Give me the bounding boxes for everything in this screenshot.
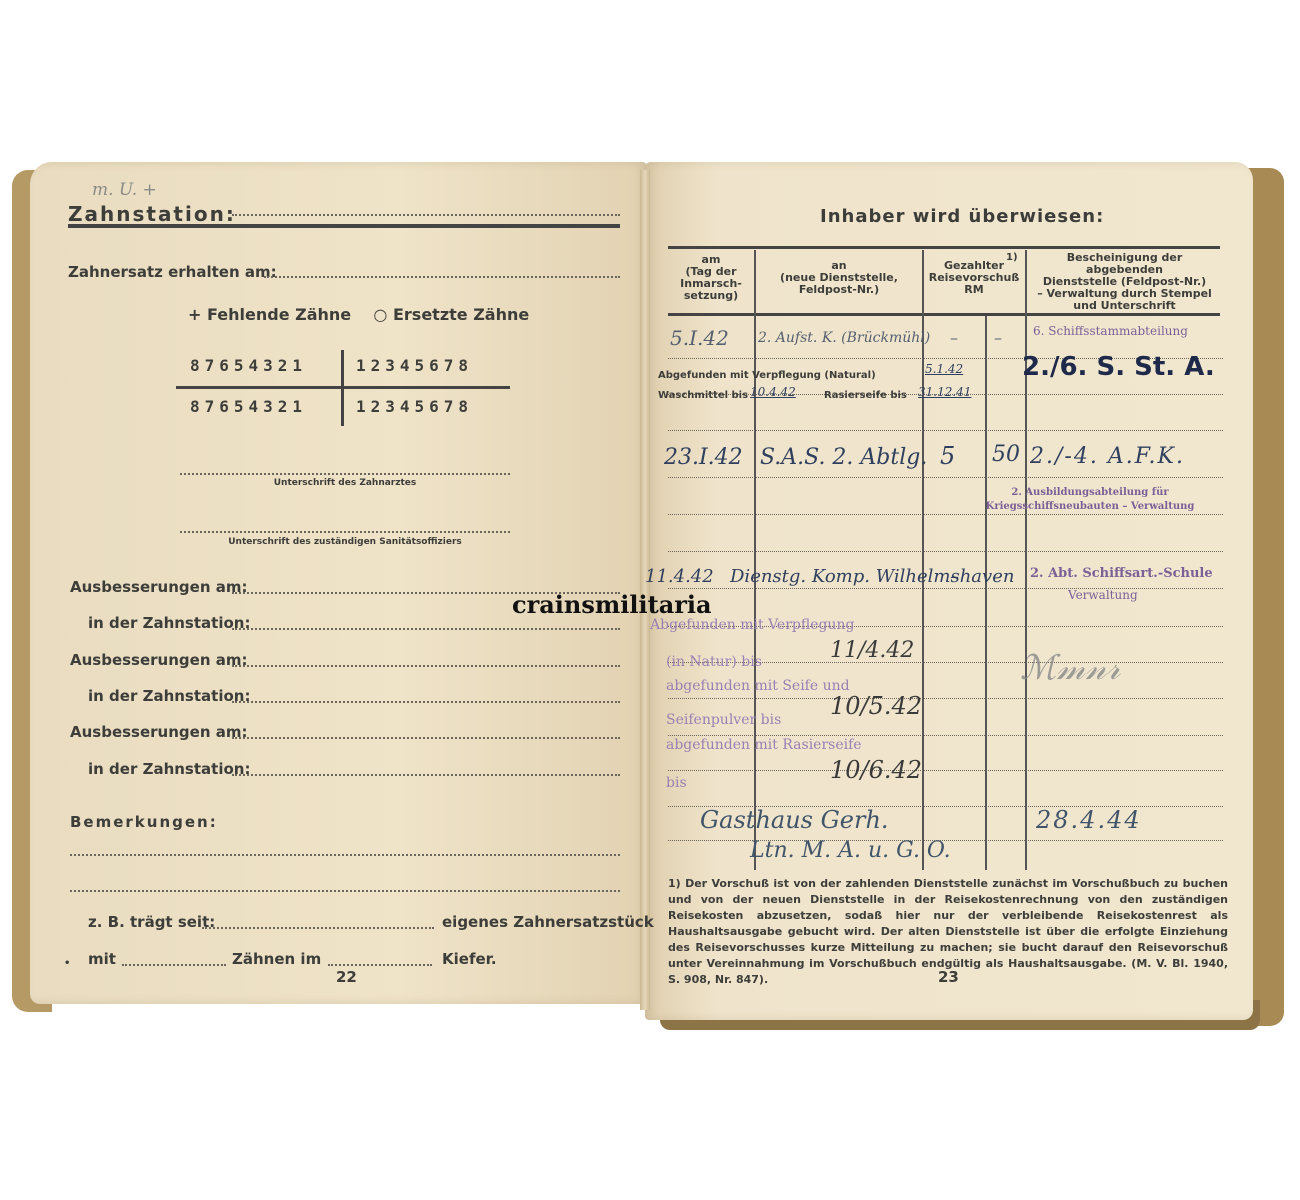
entry-2-unit[interactable]: S.A.S. 2. Abtlg. xyxy=(760,445,927,470)
entry-3-soap-until[interactable]: 10/5.42 xyxy=(830,692,922,720)
row-separator xyxy=(668,551,1223,552)
remarks-field-2[interactable] xyxy=(70,890,620,892)
repairs-station-label-2: in der Zahnstation: xyxy=(88,687,250,705)
denture-received-field[interactable] xyxy=(264,276,620,278)
table-top-rule xyxy=(668,246,1220,249)
entry-3-stamp-line-5: abgefunden mit Rasierseife xyxy=(666,737,862,753)
repairs-label-3: Ausbesserungen am: xyxy=(70,723,247,741)
entry-3-rm[interactable]: – xyxy=(950,566,959,587)
remarks-label: Bemerkungen: xyxy=(70,813,218,831)
entry-4-date[interactable]: 28.4.44 xyxy=(1036,806,1142,834)
dental-station-field[interactable] xyxy=(232,214,620,216)
column-divider-1 xyxy=(754,250,756,870)
entry-3-signature: ℳ𝓂𝓃𝓇 xyxy=(1020,648,1120,688)
entry-3-stamp-line-2: (in Natur) bis xyxy=(666,654,762,670)
repairs-station-label-3: in der Zahnstation: xyxy=(88,760,250,778)
entry-1-pf[interactable]: – xyxy=(994,328,1002,347)
entry-1-stamp-small: 6. Schiffsstammabteilung xyxy=(1033,324,1188,338)
row-separator xyxy=(668,430,1223,431)
row-separator xyxy=(668,698,1223,699)
entry-3-unit[interactable]: Dienstg. Komp. Wilhelmshaven xyxy=(730,566,1014,587)
entry-3-stamp-line-6: bis xyxy=(666,775,687,791)
entry-3-stamp: 2. Abt. Schiffsart.-Schule xyxy=(1030,566,1213,581)
dental-station-title: Zahnstation: xyxy=(68,202,236,226)
entry-2-date[interactable]: 23.I.42 xyxy=(664,445,743,470)
repairs-field-2[interactable] xyxy=(232,665,620,667)
repairs-station-field-3[interactable] xyxy=(232,774,620,776)
entry-3-stamp-line-1: Abgefunden mit Verpflegung xyxy=(650,617,854,633)
entry-2-certification[interactable]: 2./-4. A.F.K. xyxy=(1030,444,1185,469)
entry-1-unit[interactable]: 2. Aufst. K. (Brückmühl) xyxy=(758,330,930,346)
teeth-upper-left[interactable]: 87654321 xyxy=(190,356,307,375)
repairs-label-2: Ausbesserungen am: xyxy=(70,651,247,669)
watermark: crainsmilitaria xyxy=(512,590,712,619)
repairs-field-3[interactable] xyxy=(232,737,620,739)
column-header-advance: Gezahlter Reisevorschuß RM xyxy=(924,260,1024,296)
entry-1-note-2b-value[interactable]: 31.12.41 xyxy=(918,385,971,399)
missing-teeth-label: Fehlende Zähne xyxy=(207,305,351,324)
teeth-in-label: Zähnen im xyxy=(232,950,321,968)
entry-3-stamp-line-3: abgefunden mit Seife und xyxy=(666,678,850,694)
replaced-teeth-label: Ersetzte Zähne xyxy=(393,305,529,324)
since-label: z. B. trägt seit: xyxy=(88,913,215,931)
with-label: mit xyxy=(88,950,116,968)
entry-4-unit[interactable]: Gasthaus Gerh. xyxy=(700,806,889,834)
dentist-signature-line[interactable] xyxy=(180,473,510,475)
entry-3-stamp-line-4: Seifenpulver bis xyxy=(666,712,781,728)
since-field[interactable] xyxy=(202,927,434,929)
entry-1-note-2a-label: Waschmittel bis xyxy=(658,390,748,401)
repairs-station-field-2[interactable] xyxy=(232,701,620,703)
dot-mark: • xyxy=(64,958,70,969)
jaw-field[interactable] xyxy=(328,964,432,966)
medical-officer-signature-line[interactable] xyxy=(180,531,510,533)
entry-4-signature[interactable]: Ltn. M. A. u. G. O. xyxy=(750,838,951,863)
column-divider-rm-pf xyxy=(985,316,987,870)
repairs-station-field-1[interactable] xyxy=(232,628,620,630)
own-denture-label: eigenes Zahnersatzstück xyxy=(442,913,654,931)
entry-1-note-1-value[interactable]: 5.1.42 xyxy=(925,362,963,376)
entry-2-stamp: 2. Ausbildungsabteilung für Kriegsschiff… xyxy=(985,486,1195,514)
medical-officer-signature-caption: Unterschrift des zuständigen Sanitätsoff… xyxy=(180,537,510,547)
dentist-signature-caption: Unterschrift des Zahnarztes xyxy=(180,478,510,488)
column-footnote-ref: 1) xyxy=(1006,252,1018,264)
entry-1-rm[interactable]: – xyxy=(950,328,958,347)
teeth-upper-right[interactable]: 12345678 xyxy=(356,356,473,375)
denture-received-label: Zahnersatz erhalten am: xyxy=(68,263,277,281)
entry-1-date[interactable]: 5.I.42 xyxy=(670,326,729,350)
row-separator xyxy=(668,735,1223,736)
entry-2-rm[interactable]: 5 xyxy=(940,442,955,470)
teeth-count-field[interactable] xyxy=(122,964,226,966)
page-number-right: 23 xyxy=(938,968,959,986)
repairs-label-1: Ausbesserungen am: xyxy=(70,578,247,596)
page-number-left: 22 xyxy=(336,968,357,986)
entry-2-pf[interactable]: 50 xyxy=(992,442,1020,467)
entry-1-stamp-large: 2./6. S. St. A. xyxy=(1022,352,1215,382)
teeth-lower-right[interactable]: 12345678 xyxy=(356,397,473,416)
entry-1-note-1-label: Abgefunden mit Verpflegung (Natural) xyxy=(658,370,876,381)
entry-1-note-2b-label: Rasierseife bis xyxy=(824,390,907,401)
row-separator xyxy=(668,770,1223,771)
teeth-legend: + Fehlende Zähne ○ Ersetzte Zähne xyxy=(188,305,529,324)
row-separator xyxy=(668,588,1223,589)
column-header-date: am (Tag der Inmarsch- setzung) xyxy=(668,254,754,302)
missing-teeth-icon: + xyxy=(188,305,201,324)
teeth-lower-left[interactable]: 87654321 xyxy=(190,397,307,416)
transfer-title: Inhaber wird überwiesen: xyxy=(820,206,1104,227)
remarks-field-1[interactable] xyxy=(70,854,620,856)
column-header-unit: an (neue Dienststelle, Feldpost-Nr.) xyxy=(756,260,922,296)
row-separator xyxy=(668,477,1223,478)
table-header-rule xyxy=(668,313,1220,316)
row-separator xyxy=(668,514,1223,515)
pencil-note: m. U. + xyxy=(92,180,157,200)
entry-3-shaving-soap-until[interactable]: 10/6.42 xyxy=(830,756,922,784)
entry-1-note-2a-value[interactable]: 10.4.42 xyxy=(750,385,796,399)
column-divider-3 xyxy=(1025,250,1027,870)
replaced-teeth-icon: ○ xyxy=(373,305,387,324)
repairs-station-label-1: in der Zahnstation: xyxy=(88,614,250,632)
entry-3-stamp-sub: Verwaltung xyxy=(1068,588,1138,602)
title-rule xyxy=(68,224,620,228)
entry-3-food-until[interactable]: 11/4.42 xyxy=(830,638,914,663)
entry-3-date[interactable]: 11.4.42 xyxy=(645,566,714,587)
teeth-chart-vertical-rule xyxy=(341,350,344,426)
jaw-label: Kiefer. xyxy=(442,950,497,968)
column-header-certification: Bescheinigung der abgebenden Dienststell… xyxy=(1027,252,1222,312)
